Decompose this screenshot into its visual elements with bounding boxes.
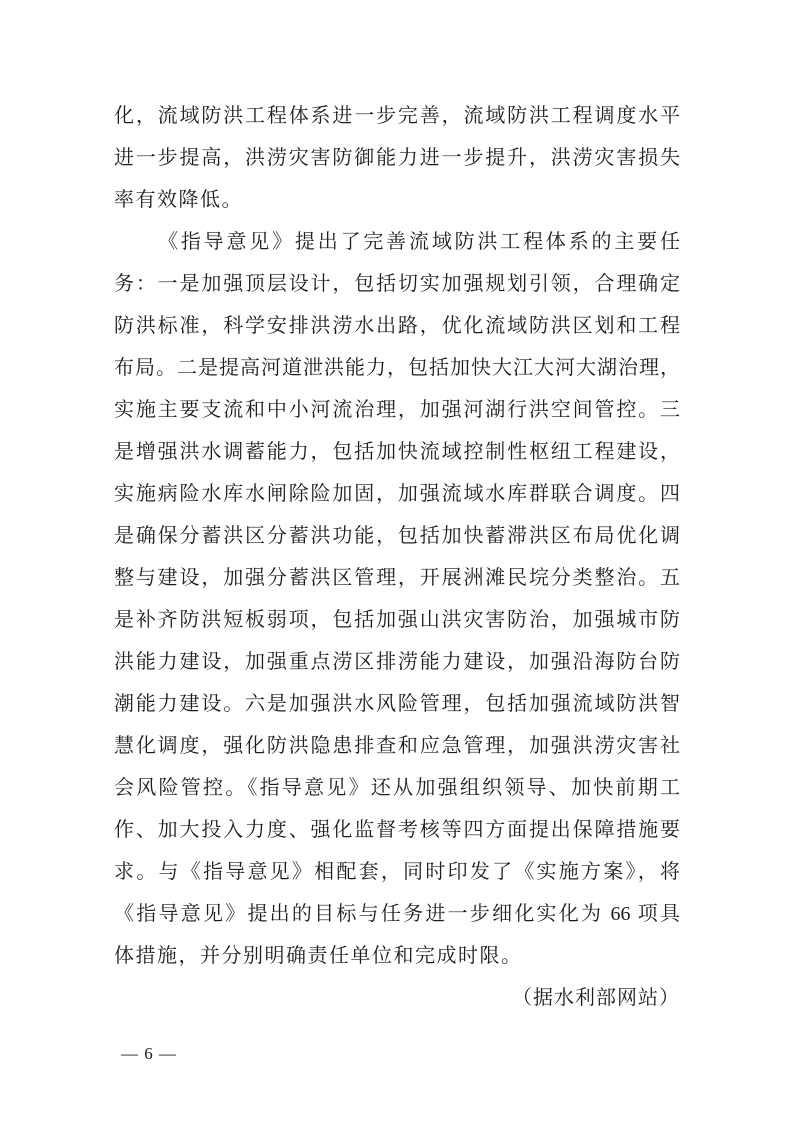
text-line: 是增强洪水调蓄能力，包括加快流域控制性枢纽工程建设， <box>114 431 680 473</box>
text-line: 会风险管控。《指导意见》还从加强组织领导、加快前期工 <box>114 767 680 809</box>
text-line: 是补齐防洪短板弱项，包括加强山洪灾害防治，加强城市防 <box>114 599 680 641</box>
text-line: 潮能力建设。六是加强洪水风险管理，包括加强流域防洪智 <box>114 683 680 725</box>
text-line: 洪能力建设，加强重点涝区排涝能力建设，加强沿海防台防 <box>114 641 680 683</box>
text-line: 作、加大投入力度、强化监督考核等四方面提出保障措施要 <box>114 809 680 851</box>
text-line: 实施主要支流和中小河流治理，加强河湖行洪空间管控。三 <box>114 389 680 431</box>
text-line: 布局。二是提高河道泄洪能力，包括加快大江大河大湖治理， <box>114 347 680 389</box>
text-line: 务：一是加强顶层设计，包括切实加强规划引领，合理确定 <box>114 263 680 305</box>
text-line: 体措施，并分别明确责任单位和完成时限。 <box>114 935 680 977</box>
text-line: 进一步提高，洪涝灾害防御能力进一步提升，洪涝灾害损失 <box>114 137 680 179</box>
document-page: 化，流域防洪工程体系进一步完善，流域防洪工程调度水平 进一步提高，洪涝灾害防御能… <box>0 0 800 1131</box>
text-line: 实施病险水库水闸除险加固，加强流域水库群联合调度。四 <box>114 473 680 515</box>
text-line: 率有效降低。 <box>114 179 680 221</box>
page-number: — 6 — <box>121 1042 177 1066</box>
text-line: 求。与《指导意见》相配套，同时印发了《实施方案》，将 <box>114 851 680 893</box>
text-line: 《指导意见》提出了完善流域防洪工程体系的主要任 <box>114 221 680 263</box>
text-line: 是确保分蓄洪区分蓄洪功能，包括加快蓄滞洪区布局优化调 <box>114 515 680 557</box>
text-line: 慧化调度，强化防洪隐患排查和应急管理，加强洪涝灾害社 <box>114 725 680 767</box>
text-line: 《指导意见》提出的目标与任务进一步细化实化为 66 项具 <box>114 893 680 935</box>
text-line: 化，流域防洪工程体系进一步完善，流域防洪工程调度水平 <box>114 95 680 137</box>
document-body: 化，流域防洪工程体系进一步完善，流域防洪工程调度水平 进一步提高，洪涝灾害防御能… <box>114 95 680 1019</box>
source-attribution: （据水利部网站） <box>114 977 680 1019</box>
text-line: 整与建设，加强分蓄洪区管理，开展洲滩民垸分类整治。五 <box>114 557 680 599</box>
text-line: 防洪标准，科学安排洪涝水出路，优化流域防洪区划和工程 <box>114 305 680 347</box>
